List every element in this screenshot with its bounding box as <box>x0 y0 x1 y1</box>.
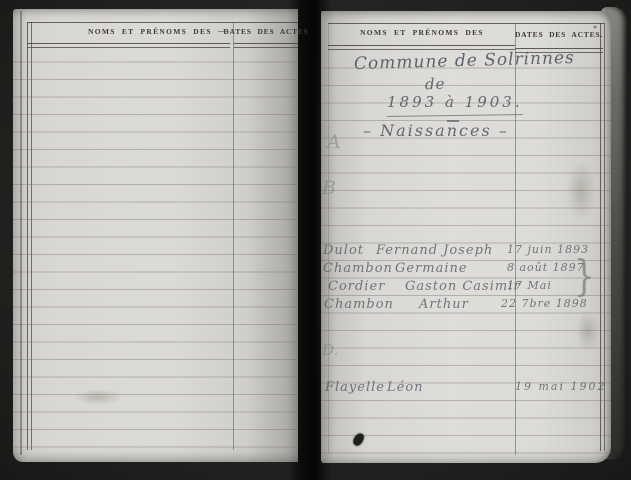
paper-smudge <box>73 389 123 405</box>
register-scan: NOMS ET PRÉNOMS DES DATES DES ACTES NOMS… <box>0 0 631 480</box>
header-dates-cell: DATES DES ACTES. <box>516 30 602 39</box>
entry-surname: Chambon <box>323 261 393 276</box>
entry-date: 19 mai 1902 <box>515 380 607 393</box>
paper-smudge <box>576 311 600 351</box>
left-page: NOMS ET PRÉNOMS DES DATES DES ACTES <box>13 9 298 462</box>
entry-given-name: Arthur <box>419 297 469 312</box>
header-names-label: NOMS ET PRÉNOMS DES <box>31 27 212 36</box>
entry-surname: Dulot <box>323 243 364 258</box>
header-names-cell: NOMS ET PRÉNOMS DES <box>31 27 231 36</box>
grouping-brace: } <box>574 251 595 300</box>
index-letter-a: A <box>327 131 341 153</box>
index-letter-d: D. <box>322 341 338 359</box>
entry-row: Dulot Fernand Joseph 17 juin 1893 <box>321 243 611 261</box>
header-names-cell: NOMS ET PRÉNOMS DES <box>329 28 515 37</box>
header-dates-label: DATES DES ACTES. <box>515 30 603 39</box>
entry-surname: Flayelle <box>325 380 385 395</box>
entry-given-name: Fernand Joseph <box>376 243 493 258</box>
ruled-lines <box>13 45 298 451</box>
right-page: NOMS ET PRÉNOMS DES DATES DES ACTES. * C… <box>321 11 611 463</box>
header-dates-cell: DATES DES ACTES <box>234 27 298 36</box>
register-title-line2: de <box>425 75 446 94</box>
header-names-label: NOMS ET PRÉNOMS DES <box>360 28 484 37</box>
entry-date: 17 Mai <box>507 279 552 292</box>
late-entry-row: Flayelle Léon 19 mai 1902 <box>321 380 611 398</box>
header-corner-mark: * <box>593 24 597 33</box>
header-separator-names <box>328 45 515 50</box>
entry-row: Chambon Germaine 8 août 1897 <box>321 261 611 279</box>
entry-surname: Chambon <box>324 297 394 312</box>
entry-given-name: Germaine <box>395 261 468 276</box>
entry-row: Chambon Arthur 22 7bre 1898 <box>321 297 611 315</box>
paper-smudge <box>566 161 596 221</box>
entry-surname: Cordier <box>328 279 385 294</box>
register-title-years: 1893 à 1903. <box>387 93 523 111</box>
header-dates-label: DATES DES ACTES <box>223 27 308 36</box>
index-letter-b: B <box>322 177 336 199</box>
frame-top-rule <box>328 23 604 24</box>
entry-given-name: Léon <box>387 380 424 395</box>
entry-row: Cordier Gaston Casimir 17 Mai <box>321 279 611 297</box>
entry-given-name: Gaston Casimir <box>405 279 521 294</box>
frame-top-rule <box>27 22 298 23</box>
naissances-heading: – Naissances – <box>363 121 509 140</box>
